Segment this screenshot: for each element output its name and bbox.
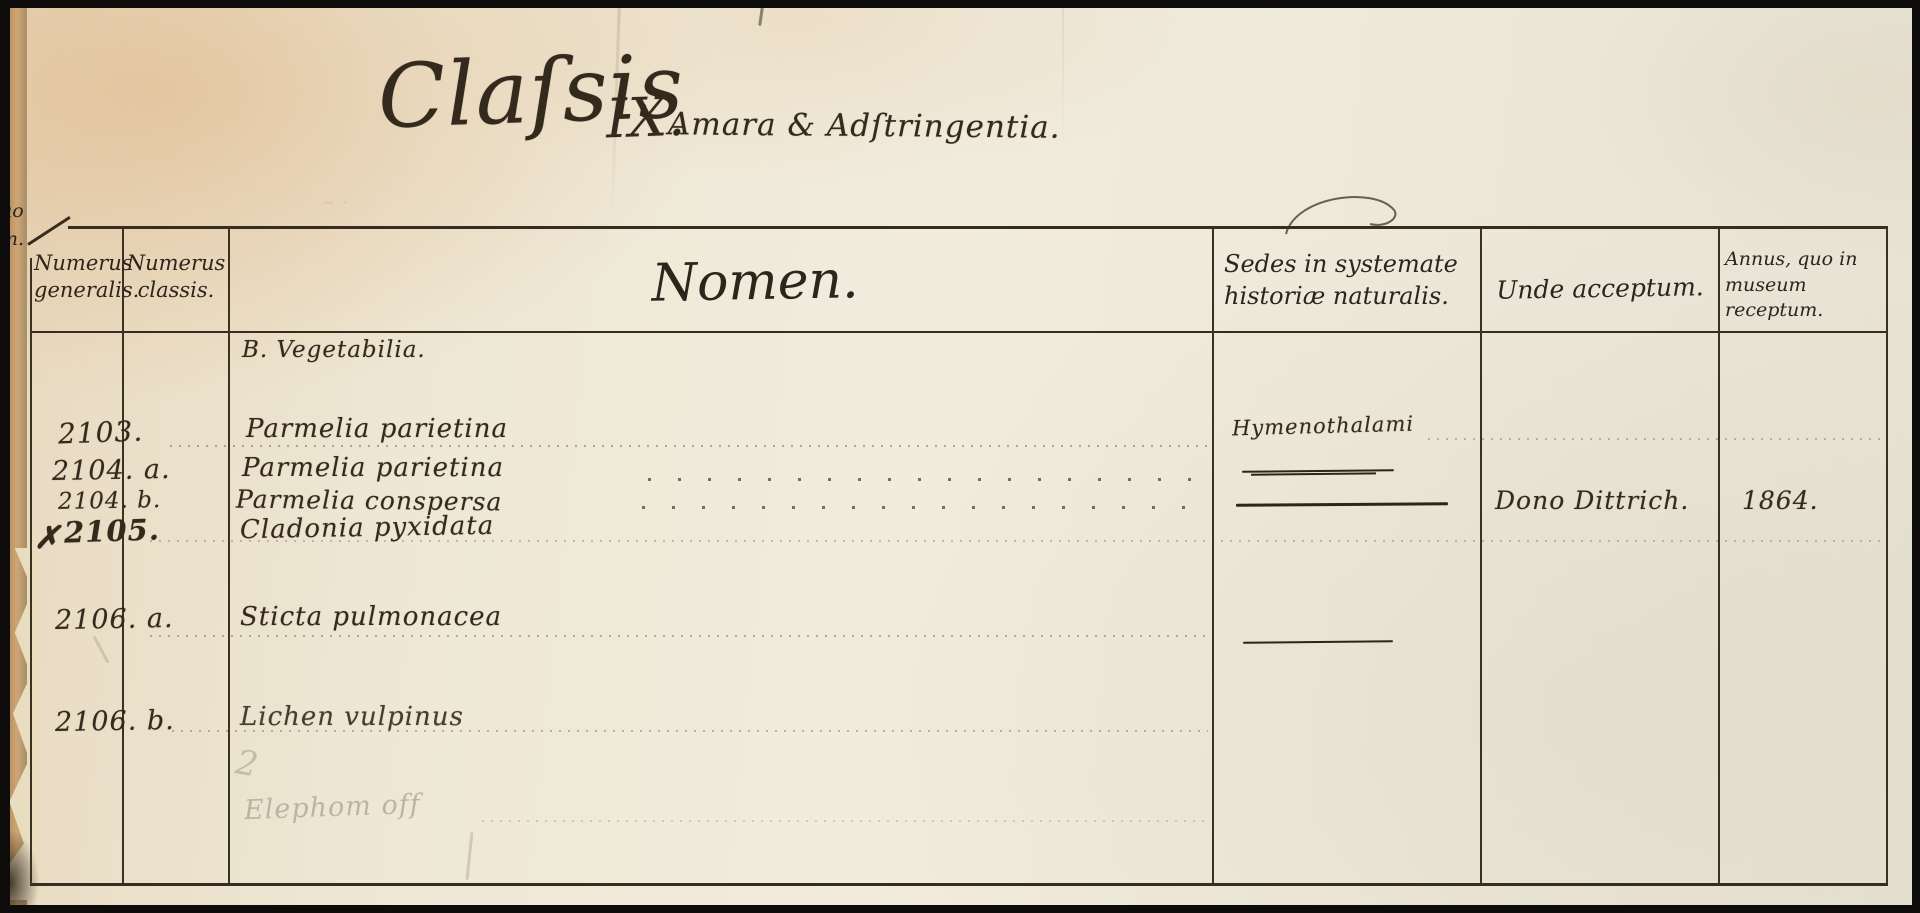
margin-fragment: uo	[0, 200, 24, 222]
pencil-smudge: ~ ·	[322, 193, 349, 212]
column-header-sedes: Sedes in systemate historiæ naturalis.	[1224, 248, 1474, 313]
dotted-leader	[1428, 438, 1883, 440]
cell-numerus: 2103.	[57, 415, 143, 451]
column-divider	[1212, 228, 1214, 885]
cell-nomen: Parmelia parietina	[246, 414, 508, 444]
column-divider	[1480, 228, 1482, 885]
dotted-leader	[482, 820, 1206, 822]
cell-nomen: Sticta pulmonacea	[240, 602, 502, 632]
column-divider	[228, 228, 230, 885]
margin-fragment: m.	[0, 228, 24, 250]
column-header-annus: Annus, quo in museum receptum.	[1725, 247, 1883, 324]
ditto-mark	[1242, 469, 1394, 473]
cell-numerus: 2104. a.	[52, 454, 171, 487]
paper-crease	[1062, 8, 1064, 158]
cell-numerus: 2106. a.	[55, 603, 174, 636]
column-divider	[1718, 228, 1720, 885]
check-mark: ✗	[34, 520, 61, 556]
table-top-border	[68, 226, 1888, 229]
cell-nomen: Parmelia parietina	[242, 453, 504, 483]
section-heading: B. Vegetabilia.	[242, 337, 426, 363]
column-header-numerus-classis: Numerus classis.	[126, 250, 226, 305]
page-title-subtitle: Amara & Adſtringentia.	[668, 106, 1061, 145]
column-header-nomen: Nomen.	[590, 249, 921, 315]
cell-numerus: 2105.	[63, 512, 160, 549]
dotted-leader	[648, 478, 1204, 481]
scanned-register-page: uo m. Claſsis IX. Amara & Adſtringentia.…	[0, 0, 1920, 913]
cell-numerus: 2106. b.	[55, 705, 175, 738]
shadow-corner	[0, 812, 46, 913]
cell-unde: Dono Dittrich.	[1495, 486, 1689, 515]
cell-nomen: Cladonia pyxidata	[240, 511, 495, 545]
column-header-unde: Unde acceptum.	[1488, 272, 1712, 305]
cell-sedes: Hymenothalami	[1232, 412, 1415, 441]
pen-flourish	[1278, 190, 1408, 238]
table-header-rule	[30, 331, 1888, 333]
column-divider	[122, 228, 124, 885]
cell-numerus: 2104. b.	[58, 487, 162, 515]
dotted-leader	[170, 445, 1208, 447]
column-header-numerus-generalis: Numerus generalis.	[34, 250, 120, 305]
table-left-border	[30, 258, 32, 885]
dotted-leader	[150, 635, 1208, 637]
cell-nomen: Lichen vulpinus	[240, 702, 464, 732]
cell-annus: 1864.	[1742, 486, 1819, 515]
table-right-border	[1886, 226, 1888, 885]
table-bottom-border	[30, 883, 1888, 886]
pencil-note: Elephom off	[244, 789, 422, 826]
dotted-leader	[642, 506, 1204, 509]
